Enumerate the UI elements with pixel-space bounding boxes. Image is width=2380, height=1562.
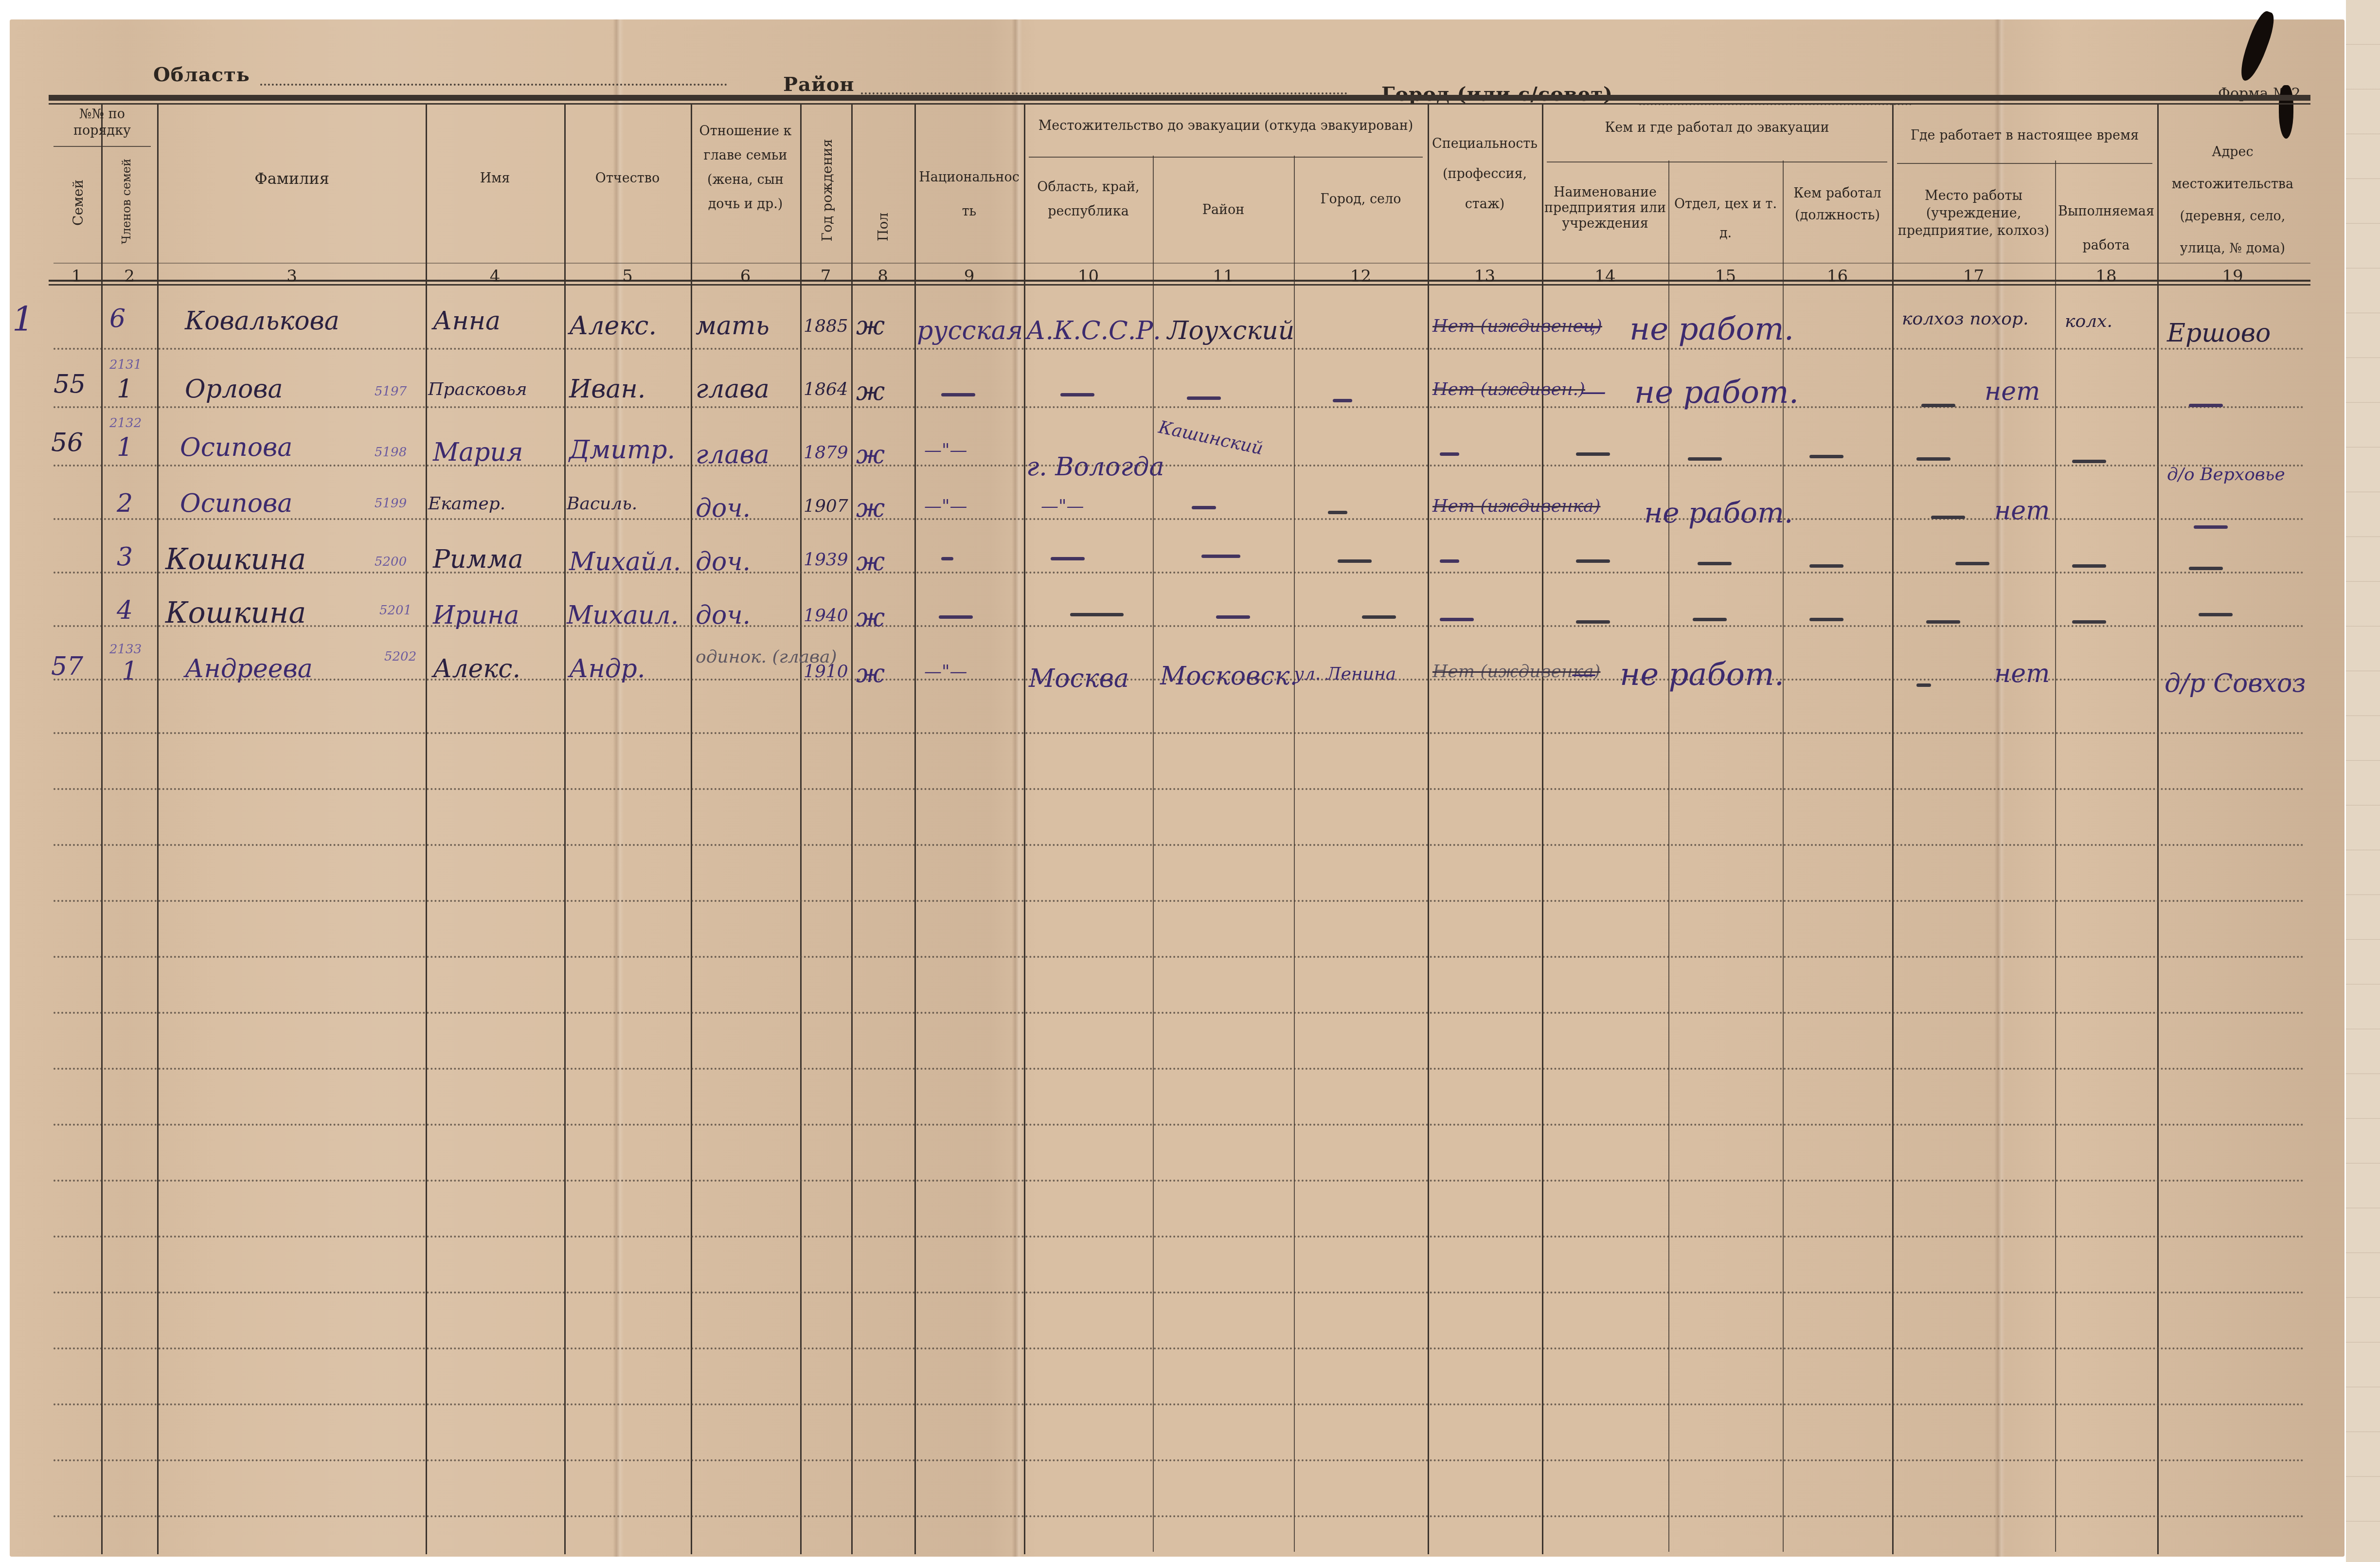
first-name: Алекс. xyxy=(433,654,520,683)
dash-mark xyxy=(1688,457,1722,461)
dash-mark xyxy=(1576,620,1610,624)
col-divider xyxy=(157,105,159,1554)
member-no: 1 xyxy=(117,375,133,404)
birth-year: 1939 xyxy=(804,550,848,570)
relation: доч. xyxy=(696,494,751,523)
current-job: колх. xyxy=(2065,311,2112,331)
sex: ж xyxy=(856,440,885,469)
col-divider xyxy=(1892,105,1894,1554)
specialty: Нет (иждивен.) xyxy=(1432,379,1585,399)
header-col-5: Отчество xyxy=(567,168,688,189)
dash-mark xyxy=(2072,620,2106,624)
header-col-13: Специальность (профессия, стаж) xyxy=(1430,129,1539,219)
dash-mark xyxy=(939,615,973,619)
nationality: —"— xyxy=(924,662,967,682)
prev-dept: не работ. xyxy=(1644,496,1793,529)
nationality: русская xyxy=(917,316,1023,345)
col-divider xyxy=(2055,161,2056,1552)
header-col-19: Адрес местожительства (деревня, село, ул… xyxy=(2160,136,2306,265)
region: г. Вологда xyxy=(1026,452,1164,482)
dash-mark xyxy=(941,557,953,560)
dash-mark xyxy=(941,393,975,396)
dash-mark xyxy=(2194,525,2228,529)
first-name: Римма xyxy=(433,545,523,574)
oblast-field xyxy=(260,84,727,86)
header-col-11: Район xyxy=(1155,199,1291,221)
dash-mark xyxy=(1916,457,1951,461)
col-divider xyxy=(851,105,853,1554)
dash-mark xyxy=(1693,618,1727,621)
binding-thread xyxy=(2279,85,2293,139)
member-no: 6 xyxy=(109,304,125,333)
col-number: 7 xyxy=(803,267,849,286)
dash-mark xyxy=(2072,460,2106,463)
dash-mark xyxy=(1809,455,1843,458)
reg-no: 2133 xyxy=(109,642,142,657)
current-job: нет xyxy=(1985,377,2040,406)
col-number: 19 xyxy=(2160,267,2306,286)
col-number: 14 xyxy=(1544,267,1666,286)
group-divider xyxy=(54,146,151,147)
dash-mark xyxy=(1328,511,1347,514)
group-divider xyxy=(1547,162,1887,162)
dash-mark xyxy=(1926,620,1960,624)
dash-mark xyxy=(1362,615,1396,619)
dash-mark xyxy=(1809,618,1843,621)
first-name: Ирина xyxy=(433,601,519,630)
district: Лоухский xyxy=(1167,316,1294,345)
col-number: 12 xyxy=(1296,267,1425,286)
specialty: Нет (иждивенка) xyxy=(1432,496,1600,516)
first-name: Прасковья xyxy=(428,379,527,399)
dash-mark xyxy=(1921,404,1955,407)
group-divider xyxy=(1897,163,2152,164)
dash-mark xyxy=(1187,396,1221,400)
col-number: 4 xyxy=(428,267,562,286)
surname: Орлова xyxy=(185,375,283,404)
surname: Осипова xyxy=(180,433,292,462)
prev-dept: не работ. xyxy=(1620,657,1784,693)
dash-mark xyxy=(1333,399,1352,402)
header-nn-group: №№ по порядку xyxy=(54,106,151,139)
dash-mark xyxy=(1576,452,1610,456)
relation: глава xyxy=(696,440,769,469)
address: д/р Совхоз xyxy=(2165,669,2306,698)
family-no: 55 xyxy=(54,370,86,399)
relation: доч. xyxy=(696,601,751,630)
patronymic: Михаил. xyxy=(567,601,679,630)
col-divider xyxy=(2157,105,2159,1554)
col-number: 11 xyxy=(1155,267,1291,286)
dash-mark xyxy=(1060,393,1094,396)
first-name: Мария xyxy=(433,438,523,467)
dash-mark xyxy=(1576,559,1610,563)
header-cur-work-group: Где работает в настоящее время xyxy=(1895,126,2155,145)
sex: ж xyxy=(856,603,885,632)
region: Москва xyxy=(1029,664,1129,693)
header-col-15: Отдел, цех и т. д. xyxy=(1671,190,1780,248)
dash-mark xyxy=(2189,404,2223,407)
dash-mark xyxy=(1440,559,1459,563)
header-top-rule xyxy=(49,95,2310,101)
col-divider xyxy=(914,105,916,1554)
col-number: 5 xyxy=(567,267,688,286)
address: д/о Верховье xyxy=(2167,465,2285,485)
surname: Кошкина xyxy=(165,542,306,576)
col-number: 8 xyxy=(854,267,912,286)
header-col-4: Имя xyxy=(428,168,562,189)
raion-label: Район xyxy=(783,73,855,96)
member-no: 4 xyxy=(117,596,133,625)
col-number: 2 xyxy=(103,267,156,286)
dash-mark xyxy=(1070,613,1124,616)
dash-mark xyxy=(1440,452,1459,456)
patronymic: Алекс. xyxy=(569,311,657,341)
first-name: Екатер. xyxy=(428,494,505,514)
current-job: нет xyxy=(1994,659,2050,688)
dash-mark xyxy=(1698,562,1732,565)
header-col-9: Национальность xyxy=(917,161,1021,229)
member-no: 1 xyxy=(117,433,133,462)
relation: глава xyxy=(696,375,769,404)
gorod-label: Город (или с/совет) xyxy=(1381,83,1613,106)
surname: Андреева xyxy=(185,654,313,683)
reg-no: 2132 xyxy=(109,416,142,431)
col-number: 9 xyxy=(917,267,1021,286)
prev-enterprise: — xyxy=(1581,377,1606,406)
family-no: 57 xyxy=(51,652,83,681)
address: Ершово xyxy=(2167,319,2271,348)
col-divider xyxy=(101,105,103,1554)
raion-field xyxy=(861,92,1347,94)
header-col-7: Год рождения xyxy=(819,144,835,242)
birth-year: 1864 xyxy=(804,379,848,399)
header-prev-work-group: Кем и где работал до эвакуации xyxy=(1544,119,1890,137)
town: ул. Ленина xyxy=(1294,664,1396,684)
dash-mark xyxy=(1192,506,1216,509)
patronymic: Андр. xyxy=(569,654,645,683)
header-col-3: Фамилия xyxy=(161,168,423,189)
col-number: 6 xyxy=(693,267,798,286)
dash-mark xyxy=(1440,618,1474,621)
col-divider xyxy=(1428,105,1429,1554)
prev-enterprise: — xyxy=(1576,311,1601,341)
dash-mark xyxy=(1955,562,1989,565)
header-col-6: Отношение к главе семьи (жена, сын дочь … xyxy=(693,119,798,216)
col-divider xyxy=(1783,161,1784,1552)
colnum-divider xyxy=(54,263,2310,264)
col-divider xyxy=(564,105,566,1554)
first-row-marker: 1 xyxy=(12,299,34,339)
patronymic: Василь. xyxy=(567,494,637,514)
sex: ж xyxy=(856,311,885,341)
prev-enterprise: — xyxy=(1571,659,1596,688)
note-no: 5202 xyxy=(384,649,416,664)
reg-no: 2131 xyxy=(109,358,142,372)
col-number: 13 xyxy=(1430,267,1539,286)
col-divider xyxy=(1294,156,1295,1552)
current-place: колхоз похор. xyxy=(1902,309,2028,329)
header-col-17: Место работы (учреждение, предприятие, к… xyxy=(1895,187,2053,240)
region: —"— xyxy=(1041,496,1084,516)
birth-year: 1879 xyxy=(804,443,848,463)
prev-dept: не работ. xyxy=(1634,375,1799,411)
col-divider xyxy=(1024,105,1025,1554)
header-col-1: Семей xyxy=(70,154,86,251)
header-col-8: Пол xyxy=(875,179,891,276)
current-job: нет xyxy=(1994,496,2050,525)
note-no: 5198 xyxy=(375,445,407,460)
dash-mark xyxy=(2072,564,2106,568)
surname: Ковалькова xyxy=(185,306,340,336)
header-col-14: Наименование предприятия или учреждения xyxy=(1544,185,1666,232)
surname: Кошкина xyxy=(165,596,306,630)
sex: ж xyxy=(856,547,885,576)
region: А.К.С.С.Р. xyxy=(1026,316,1161,345)
col-number: 10 xyxy=(1026,267,1150,286)
col-number: 18 xyxy=(2058,267,2155,286)
header-col-18: Выполняемая работа xyxy=(2058,195,2155,263)
dash-mark xyxy=(2189,567,2223,570)
col-divider xyxy=(426,105,427,1554)
header-col-12: Город, село xyxy=(1296,185,1425,214)
birth-year: 1885 xyxy=(804,316,848,336)
dash-mark xyxy=(1201,555,1240,558)
prev-dept: не работ. xyxy=(1629,311,1794,347)
nationality: —"— xyxy=(924,496,967,516)
member-no: 1 xyxy=(122,657,138,686)
member-no: 2 xyxy=(117,489,133,518)
district: Московск. xyxy=(1160,662,1298,691)
dash-mark xyxy=(1916,683,1931,687)
col-number: 15 xyxy=(1671,267,1780,286)
col-divider xyxy=(800,105,802,1554)
family-no: 56 xyxy=(51,428,83,457)
birth-year: 1907 xyxy=(804,496,848,516)
nationality: —"— xyxy=(924,440,967,460)
adjacent-page-edge xyxy=(2346,0,2380,1562)
relation: доч. xyxy=(696,547,751,576)
header-col-2: Членов семей xyxy=(120,153,133,250)
patronymic: Иван. xyxy=(569,375,645,404)
col-divider xyxy=(691,105,692,1554)
col-number: 16 xyxy=(1785,267,1890,286)
col-divider xyxy=(1153,156,1154,1552)
header-col-10: Область, край, республика xyxy=(1026,175,1150,224)
sex: ж xyxy=(856,659,885,688)
note-no: 5200 xyxy=(375,555,407,569)
patronymic: Дмитр. xyxy=(569,435,675,465)
relation: мать xyxy=(696,311,769,341)
dash-mark xyxy=(1809,564,1843,568)
dash-mark xyxy=(1051,557,1085,560)
col-number: 1 xyxy=(54,267,100,286)
header-top-rule-thin xyxy=(49,103,2310,105)
col-number: 3 xyxy=(161,267,423,286)
birth-year: 1940 xyxy=(804,606,848,626)
dash-mark xyxy=(1338,559,1372,563)
surname: Осипова xyxy=(180,489,292,518)
dash-mark xyxy=(1216,615,1250,619)
note-no: 5199 xyxy=(375,496,407,511)
first-name: Анна xyxy=(433,306,501,336)
dash-mark xyxy=(2199,613,2233,616)
patronymic: Михайл. xyxy=(569,547,681,576)
dash-mark xyxy=(1931,516,1965,519)
header-col-16: Кем работал (должность) xyxy=(1785,182,1890,226)
birth-year: 1910 xyxy=(804,662,848,682)
group-divider xyxy=(1029,157,1423,158)
sex: ж xyxy=(856,494,885,523)
member-no: 3 xyxy=(117,542,133,572)
col-number: 17 xyxy=(1895,267,2053,286)
note-no: 5197 xyxy=(375,384,407,399)
sex: ж xyxy=(856,377,885,406)
oblast-label: Область xyxy=(153,63,250,86)
note-no: 5201 xyxy=(379,603,412,618)
header-residence-group: Местожительство до эвакуации (откуда эва… xyxy=(1026,117,1425,135)
col-divider xyxy=(1668,161,1669,1552)
